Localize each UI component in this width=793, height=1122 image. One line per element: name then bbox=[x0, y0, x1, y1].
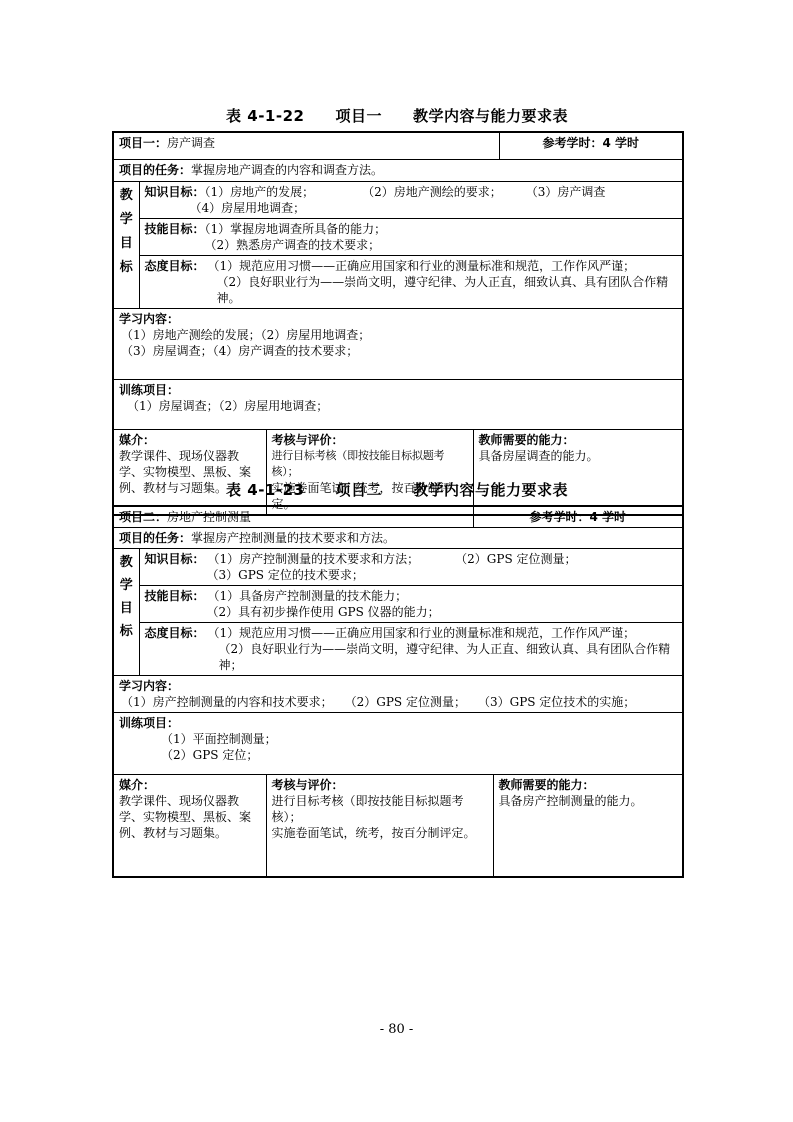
reference-hours-text: 参考学时：4 学时 bbox=[529, 510, 626, 524]
training-items-cell: 训练项目： （1）平面控制测量； （2）GPS 定位； bbox=[113, 713, 683, 775]
knowledge-goal-label: 知识目标： bbox=[145, 185, 205, 199]
assessment-label: 考核与评价： bbox=[272, 778, 344, 792]
project-task-cell: 项目的任务：掌握房产控制测量的技术要求和方法。 bbox=[113, 528, 683, 549]
media-label: 媒介： bbox=[119, 778, 155, 792]
attitude-goal-line1: （1）规范应用习惯——正确应用国家和行业的测量标准和规范，工作作风严谨； bbox=[214, 259, 636, 273]
training-items-line1: （1）平面控制测量； bbox=[161, 732, 277, 746]
learning-content-label: 学习内容： bbox=[119, 312, 179, 326]
project1-table: 项目一：房产调查 参考学时：4 学时 项目的任务：掌握房地产调查的内容和调查方法… bbox=[112, 131, 684, 516]
knowledge-goal-line2: （4）房屋用地调查； bbox=[190, 201, 306, 215]
skill-goal-line1: （1）具备房产控制测量的技术能力； bbox=[214, 589, 408, 603]
assessment-cell: 考核与评价： 进行目标考核（即按技能目标拟题考核）； 实施卷面笔试，统考，按百分… bbox=[266, 775, 493, 877]
table2-title: 表 4-1-23 项目二 教学内容与能力要求表 bbox=[112, 479, 682, 500]
learning-content-line1: （1）房产控制测量的内容和技术要求； （2）GPS 定位测量； （3）GPS 定… bbox=[121, 695, 635, 709]
project-task-value: 掌握房地产调查的内容和调查方法。 bbox=[191, 163, 383, 177]
table1-title: 表 4-1-22 项目一 教学内容与能力要求表 bbox=[112, 105, 682, 126]
project2-table: 项目二：房地产控制测量 参考学时：4 学时 项目的任务：掌握房产控制测量的技术要… bbox=[112, 505, 684, 878]
training-items-line2: （2）GPS 定位； bbox=[161, 748, 258, 762]
knowledge-goal-cell: 知识目标：（1）房产控制测量的技术要求和方法； （2）GPS 定位测量； （3）… bbox=[139, 549, 683, 586]
project-name-value: 房产调查 bbox=[167, 136, 215, 150]
skill-goal-label: 技能目标： bbox=[145, 222, 205, 236]
attitude-goal-label: 态度目标： bbox=[145, 259, 205, 273]
learning-content-label: 学习内容： bbox=[119, 679, 179, 693]
learning-content-cell: 学习内容： （1）房地产测绘的发展；（2）房屋用地调查； （3）房屋调查；（4）… bbox=[113, 308, 683, 379]
skill-goal-cell: 技能目标：（1）具备房产控制测量的技术能力； （2）具有初步操作使用 GPS 仪… bbox=[139, 586, 683, 623]
skill-goal-line2: （2）熟悉房产调查的技术要求； bbox=[205, 238, 381, 252]
attitude-goal-line2: （2）良好职业行为——崇尚文明，遵守纪律、为人正直、细致认真、具有团队合作精神； bbox=[219, 642, 671, 672]
teacher-ability-text: 具备房产控制测量的能力。 bbox=[499, 794, 643, 808]
teacher-ability-label: 教师需要的能力： bbox=[499, 778, 595, 792]
training-items-label: 训练项目： bbox=[119, 383, 179, 397]
project-name-cell: 项目一：房产调查 bbox=[113, 132, 499, 159]
attitude-goal-line1: （1）规范应用习惯——正确应用国家和行业的测量标准和规范，工作作风严谨； bbox=[214, 626, 636, 640]
assessment-line1: 进行目标考核（即按技能目标拟题考核）； bbox=[272, 449, 445, 478]
project-task-value: 掌握房产控制测量的技术要求和方法。 bbox=[191, 531, 395, 545]
teaching-goals-header-cell: 教学目标 bbox=[113, 181, 139, 308]
knowledge-goal-label: 知识目标： bbox=[145, 552, 205, 566]
skill-goal-label: 技能目标： bbox=[145, 589, 205, 603]
attitude-goal-cell: 态度目标：（1）规范应用习惯——正确应用国家和行业的测量标准和规范，工作作风严谨… bbox=[139, 623, 683, 676]
reference-hours-text: 参考学时：4 学时 bbox=[543, 136, 640, 150]
teacher-ability-text: 具备房屋调查的能力。 bbox=[479, 449, 599, 463]
page-number: - 80 - bbox=[0, 1022, 793, 1037]
learning-content-line2: （3）房屋调查；（4）房产调查的技术要求； bbox=[121, 344, 358, 358]
teaching-goals-vertical-label: 教学目标 bbox=[119, 184, 133, 280]
assessment-label: 考核与评价： bbox=[272, 433, 344, 447]
reference-hours-cell: 参考学时：4 学时 bbox=[499, 132, 683, 159]
project1-section: 表 4-1-22 项目一 教学内容与能力要求表 项目一：房产调查 参考学时：4 … bbox=[112, 105, 682, 516]
attitude-goal-line2: （2）良好职业行为——崇尚文明，遵守纪律、为人正直，细致认真、具有团队合作精神。 bbox=[217, 275, 669, 305]
knowledge-goal-line1: （1）房产控制测量的技术要求和方法； （2）GPS 定位测量； bbox=[214, 552, 577, 566]
training-items-line1: （1）房屋调查；（2）房屋用地调查； bbox=[127, 399, 328, 413]
media-label: 媒介： bbox=[119, 433, 155, 447]
knowledge-goal-line1: （1）房地产的发展； （2）房地产测绘的要求； （3）房产调查 bbox=[205, 185, 606, 199]
project-name-cell: 项目二：房地产控制测量 bbox=[113, 506, 473, 528]
learning-content-cell: 学习内容： （1）房产控制测量的内容和技术要求； （2）GPS 定位测量； （3… bbox=[113, 676, 683, 713]
attitude-goal-label: 态度目标： bbox=[145, 626, 205, 640]
teacher-ability-label: 教师需要的能力： bbox=[479, 433, 575, 447]
media-cell: 媒介： 教学课件、现场仪器教学、实物模型、黑板、案例、教材与习题集。 bbox=[113, 775, 266, 877]
teaching-goals-header-cell: 教学目标 bbox=[113, 549, 139, 676]
project-name-label: 项目二： bbox=[119, 510, 167, 524]
project-name-value: 房地产控制测量 bbox=[167, 510, 251, 524]
teacher-ability-cell: 教师需要的能力： 具备房产控制测量的能力。 bbox=[493, 775, 683, 877]
media-text: 教学课件、现场仪器教学、实物模型、黑板、案例、教材与习题集。 bbox=[119, 794, 251, 840]
training-items-cell: 训练项目： （1）房屋调查；（2）房屋用地调查； bbox=[113, 379, 683, 429]
assessment-line2: 实施卷面笔试，统考，按百分制评定。 bbox=[272, 826, 476, 840]
assessment-line1: 进行目标考核（即按技能目标拟题考核）； bbox=[272, 794, 464, 824]
knowledge-goal-cell: 知识目标：（1）房地产的发展； （2）房地产测绘的要求； （3）房产调查 （4）… bbox=[139, 181, 683, 218]
project-task-label: 项目的任务： bbox=[119, 163, 191, 177]
project-name-label: 项目一： bbox=[119, 136, 167, 150]
project2-section: 表 4-1-23 项目二 教学内容与能力要求表 项目二：房地产控制测量 参考学时… bbox=[112, 479, 682, 878]
skill-goal-line2: （2）具有初步操作使用 GPS 仪器的能力； bbox=[207, 605, 440, 619]
skill-goal-cell: 技能目标：（1）掌握房地调查所具备的能力； （2）熟悉房产调查的技术要求； bbox=[139, 218, 683, 255]
attitude-goal-cell: 态度目标：（1）规范应用习惯——正确应用国家和行业的测量标准和规范，工作作风严谨… bbox=[139, 255, 683, 308]
project-task-label: 项目的任务： bbox=[119, 531, 191, 545]
learning-content-line1: （1）房地产测绘的发展；（2）房屋用地调查； bbox=[121, 328, 370, 342]
project-task-cell: 项目的任务：掌握房地产调查的内容和调查方法。 bbox=[113, 159, 683, 181]
knowledge-goal-line2: （3）GPS 定位的技术要求； bbox=[207, 568, 364, 582]
teaching-goals-vertical-label: 教学目标 bbox=[119, 551, 133, 643]
skill-goal-line1: （1）掌握房地调查所具备的能力； bbox=[205, 222, 387, 236]
training-items-label: 训练项目： bbox=[119, 716, 179, 730]
reference-hours-cell: 参考学时：4 学时 bbox=[473, 506, 683, 528]
